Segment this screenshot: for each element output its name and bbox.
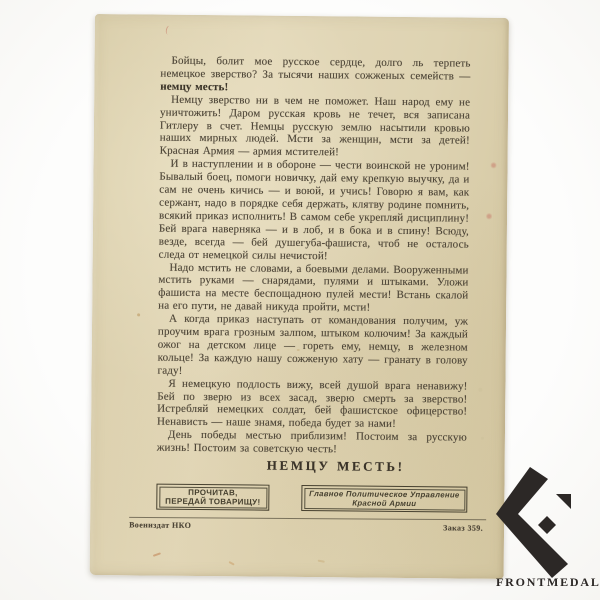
paper-speck — [481, 437, 484, 440]
stamp-line: ПЕРЕДАЙ ТОВАРИЩУ! — [161, 497, 264, 507]
paper-fiber — [229, 561, 235, 565]
print-order-number: Заказ 359. — [443, 523, 483, 532]
photo-background: Бойцы, болит мое русское сердце, долго л… — [0, 0, 600, 600]
stamp-political-directorate: Главное Политическое Управление Красной … — [301, 485, 467, 513]
paragraph-bold-text: немцу месть! — [160, 80, 228, 93]
frontmedal-watermark: FRONTMEDAL — [492, 467, 600, 600]
stamp-row: ПРОЧИТАВ, ПЕРЕДАЙ ТОВАРИЩУ! Главное Поли… — [156, 484, 467, 513]
frontmedal-brand-text: FRONTMEDAL — [496, 575, 600, 590]
red-pencil-mark — [165, 25, 173, 35]
logo-lower-arm — [496, 514, 568, 578]
leaflet-body-text: Бойцы, болит мое русское сердце, долго л… — [157, 55, 471, 475]
red-margin-mark — [486, 213, 492, 220]
paper-speck — [478, 388, 482, 392]
red-margin-mark — [491, 162, 497, 169]
leaflet-page: Бойцы, болит мое русское сердце, долго л… — [90, 14, 509, 579]
paragraph: Бойцы, болит мое русское сердце, долго л… — [160, 55, 470, 97]
stamp-pass-it-on: ПРОЧИТАВ, ПЕРЕДАЙ ТОВАРИЩУ! — [156, 484, 269, 511]
paper-fiber — [153, 552, 161, 556]
frontmedal-logo-icon — [492, 467, 600, 579]
logo-small-triangle — [556, 494, 571, 509]
slogan-heading: НЕМЦУ МЕСТЬ! — [181, 459, 491, 475]
publisher-imprint: Воениздат НКО — [129, 520, 191, 530]
paragraph: День победы местью приблизим! Постоим за… — [157, 429, 467, 458]
paragraph-text: Бойцы, болит мое русское сердце, долго л… — [160, 55, 470, 83]
logo-upper-arm — [496, 467, 548, 514]
paper-speck — [137, 313, 140, 316]
paragraph: И в наступлении и в обороне — чести воин… — [159, 158, 470, 264]
paragraph: Надо мстить не словами, а боевыми делами… — [158, 261, 468, 316]
paragraph: А когда приказ наступать от командования… — [158, 313, 469, 381]
logo-diamond — [538, 516, 556, 534]
paper-fiber — [318, 560, 325, 563]
imprint-divider-rule — [129, 517, 486, 520]
paragraph: Я немецкую подлость вижу, всей душой вра… — [157, 377, 467, 432]
paragraph: Немцу зверство ни в чем не поможет. Наш … — [160, 93, 471, 161]
imprint-row: Воениздат НКО Заказ 359. — [129, 520, 483, 532]
stamp-line: Красной Армии — [306, 498, 462, 509]
